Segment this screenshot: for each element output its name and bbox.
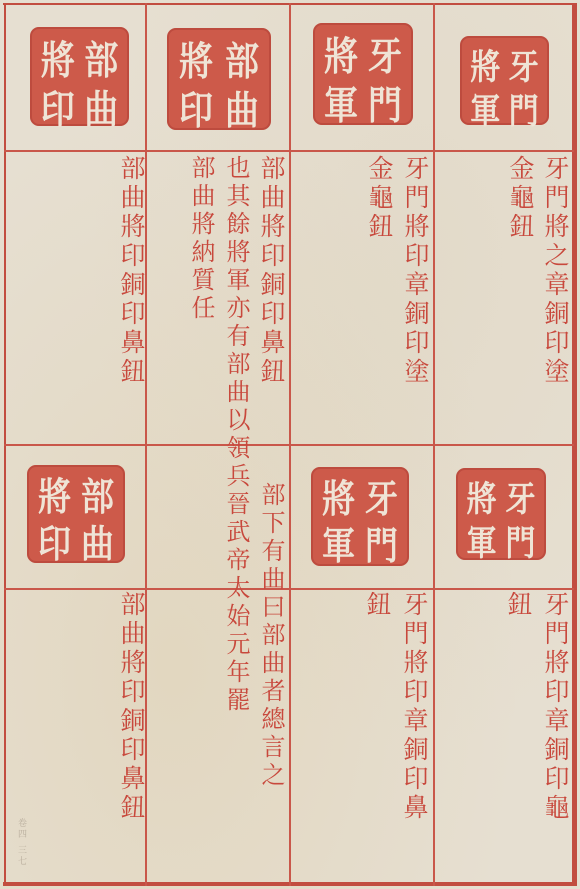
- caption-bottom-col1-side: 鈕: [503, 591, 533, 620]
- catalog-page: 部 曲 將 印 部 曲 將 印 牙 門 將 軍 牙 門 將 軍 牙門將之章銅印塗…: [0, 0, 580, 889]
- seal-glyph: 將: [33, 467, 76, 521]
- seal-glyph: 軍: [462, 515, 501, 566]
- seal-impression-top-col4: 部 曲 將 印: [30, 27, 129, 126]
- row-divider-top-seals: [4, 150, 574, 152]
- seal-glyph: 印: [36, 78, 80, 134]
- caption-col3-commentary-right: 部下有曲曰部曲者總言之: [256, 482, 286, 790]
- caption-top-col2-side: 金龜鈕: [364, 155, 394, 242]
- seal-glyph: 將: [173, 30, 219, 86]
- seal-glyph: 部: [219, 30, 265, 86]
- seal-glyph: 軍: [466, 83, 505, 134]
- seal-glyph: 部: [76, 467, 119, 521]
- seal-impression-bottom-col1: 牙 門 將 軍: [456, 468, 546, 560]
- seal-glyph: 曲: [76, 514, 119, 568]
- seal-glyph: 門: [505, 83, 544, 134]
- seal-glyph: 印: [173, 79, 219, 135]
- seal-glyph: 部: [80, 29, 124, 85]
- seal-glyph: 軍: [317, 516, 360, 570]
- seal-glyph: 將: [317, 469, 360, 523]
- seal-glyph: 曲: [219, 79, 265, 135]
- caption-col3-commentary-left: 部曲將納質任: [186, 155, 216, 323]
- seal-glyph: 牙: [363, 25, 407, 81]
- seal-glyph: 印: [33, 514, 76, 568]
- seal-glyph: 曲: [80, 78, 124, 134]
- seal-glyph: 軍: [319, 74, 363, 130]
- caption-top-col4-main: 部曲將印銅印鼻鈕: [116, 155, 146, 387]
- caption-top-col2-main: 牙門將印章銅印塗: [400, 155, 430, 387]
- row-divider-middle-upper: [4, 444, 574, 446]
- seal-glyph: 門: [360, 516, 403, 570]
- caption-bottom-col1-main: 牙門將印章銅印龜: [540, 591, 570, 823]
- seal-glyph: 門: [363, 74, 407, 130]
- seal-impression-top-col3: 部 曲 將 印: [167, 28, 271, 130]
- caption-top-col1-main: 牙門將之章銅印塗: [540, 155, 570, 387]
- seal-glyph: 門: [501, 515, 540, 566]
- caption-top-col3-main: 部曲將印銅印鼻鈕: [256, 155, 286, 387]
- caption-bottom-col2-main: 牙門將印章銅印鼻: [399, 591, 429, 823]
- page-number-mark: 卷四 三七: [15, 818, 28, 867]
- seal-impression-bottom-col4: 部 曲 將 印: [27, 465, 125, 563]
- seal-glyph: 牙: [360, 469, 403, 523]
- caption-top-col1-side: 金龜鈕: [505, 155, 535, 242]
- row-divider-middle-lower: [4, 588, 574, 590]
- caption-bottom-col2-side: 鈕: [362, 591, 392, 620]
- seal-impression-top-col2: 牙 門 將 軍: [313, 23, 413, 125]
- seal-glyph: 將: [36, 29, 80, 85]
- caption-bottom-col4-main: 部曲將印銅印鼻鈕: [116, 591, 146, 823]
- seal-glyph: 將: [319, 25, 363, 81]
- seal-impression-top-col1: 牙 門 將 軍: [460, 36, 549, 125]
- seal-impression-bottom-col2: 牙 門 將 軍: [311, 467, 409, 566]
- caption-col3-commentary-middle: 也其餘將軍亦有部曲以領兵晉武帝太始元年罷: [221, 155, 251, 715]
